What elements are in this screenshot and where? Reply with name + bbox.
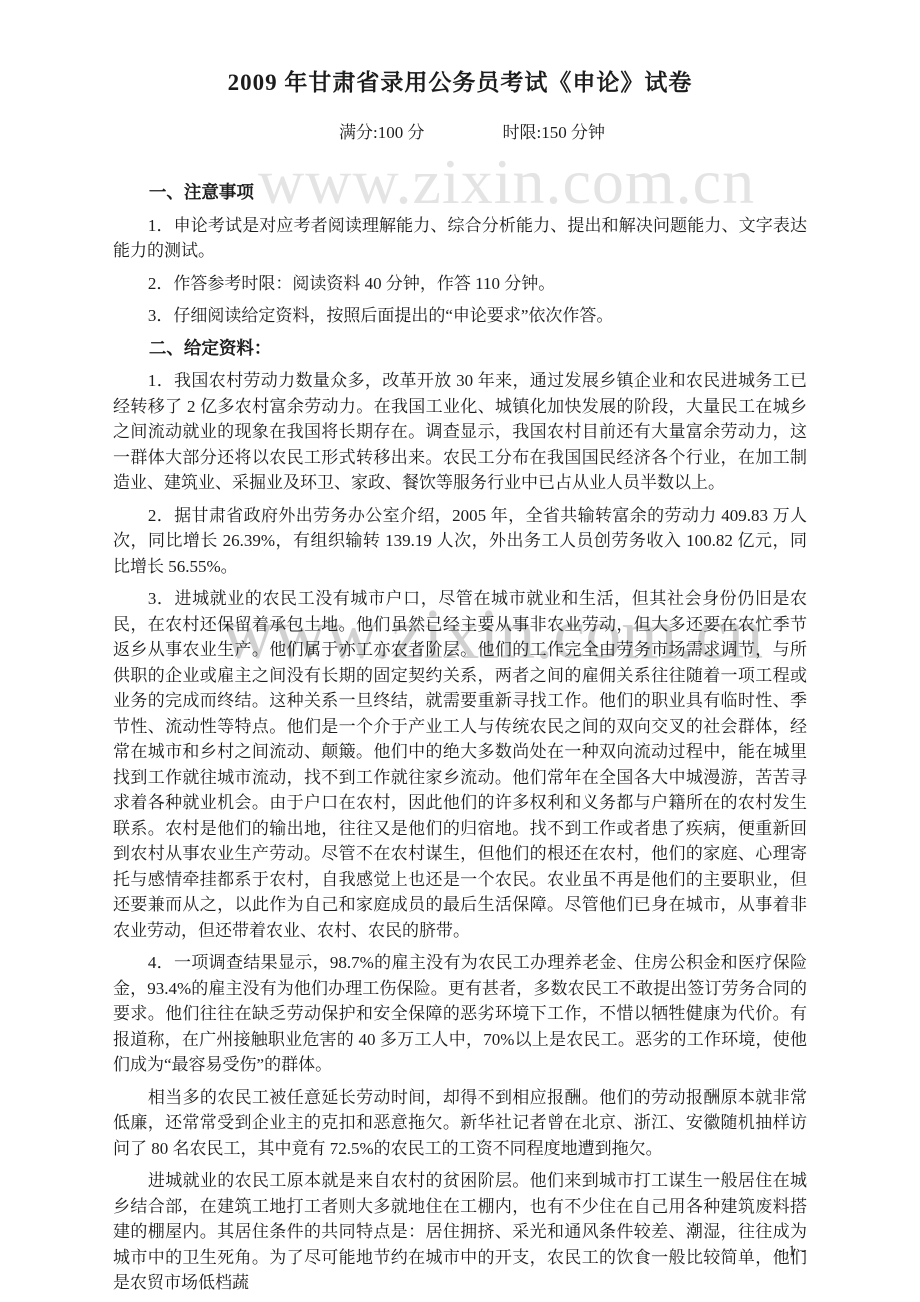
material-paragraph-1: 1．我国农村劳动力数量众多，改革开放 30 年来，通过发展乡镇企业和农民进城务工… [113,368,807,496]
material-paragraph-3: 3．进城就业的农民工没有城市户口，尽管在城市就业和生活，但其社会身份仍旧是农民，… [113,586,807,943]
page-title: 2009 年甘肃省录用公务员考试《申论》试卷 [113,0,807,97]
page-number: - 1 - [778,1243,807,1260]
material-paragraph-5: 相当多的农民工被任意延长劳动时间，却得不到相应报酬。他们的劳动报酬原本就非常低廉… [113,1085,807,1162]
time-limit-label: 时限:150 分钟 [503,118,605,143]
notice-item-3: 3．仔细阅读给定资料，按照后面提出的“申论要求”依次作答。 [113,303,807,329]
notice-item-1: 1．申论考试是对应考者阅读理解能力、综合分析能力、提出和解决问题能力、文字表达能… [113,213,807,264]
full-score-label: 满分:100 分 [339,118,424,143]
section-heading-notices: 一、注意事项 [113,180,807,206]
material-paragraph-4: 4．一项调查结果显示，98.7%的雇主没有为农民工办理养老金、住房公积金和医疗保… [113,950,807,1078]
exam-paper-page: www.zixin.com.cn www.zixin.com.cn 2009 年… [0,0,920,1302]
document-content: 2009 年甘肃省录用公务员考试《申论》试卷 满分:100 分 时限:150 分… [113,0,807,1296]
material-paragraph-6: 进城就业的农民工原本就是来自农村的贫困阶层。他们来到城市打工谋生一般居住在城乡结… [113,1168,807,1296]
subtitle-row: 满分:100 分 时限:150 分钟 [125,118,819,143]
notice-item-2: 2．作答参考时限：阅读资料 40 分钟，作答 110 分钟。 [113,271,807,297]
section-heading-materials: 二、给定资料： [113,336,807,362]
material-paragraph-2: 2．据甘肃省政府外出劳务办公室介绍，2005 年，全省共输转富余的劳动力 409… [113,503,807,580]
